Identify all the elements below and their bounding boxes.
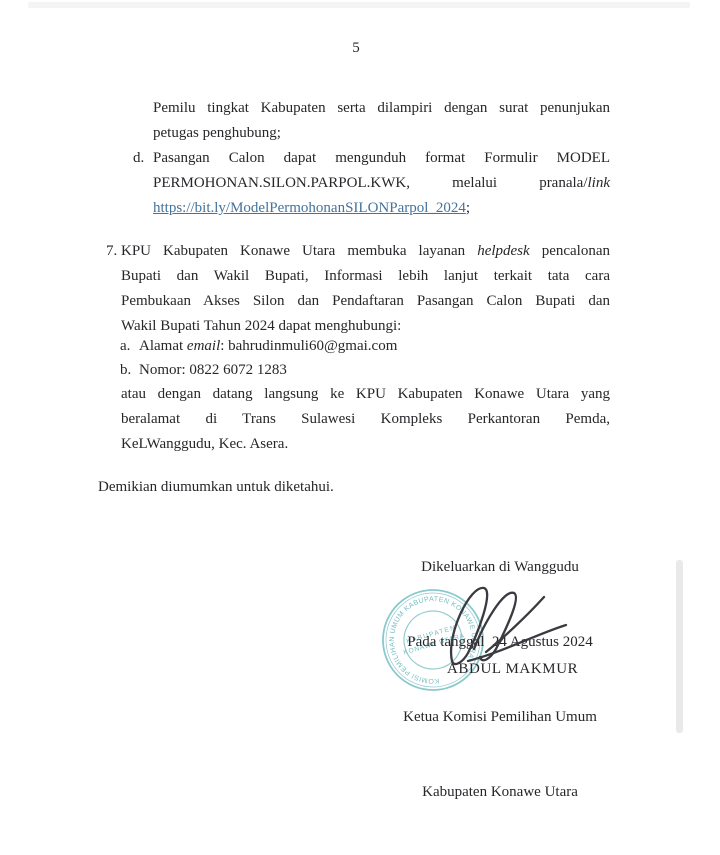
text-segment: Demikian diumumkan untuk diketahui. xyxy=(98,479,334,495)
text-segment: atau dengan datang langsung ke KPU Kabup… xyxy=(121,386,610,402)
text-line: Demikian diumumkan untuk diketahui. xyxy=(98,475,610,500)
text-segment: Nomor: 0822 6072 1283 xyxy=(139,362,287,378)
list-marker-item-7a: a. xyxy=(120,334,130,359)
text-segment: Wakil Bupati Tahun 2024 dapat menghubung… xyxy=(121,318,401,334)
text-line: Pembukaan Akses Silon dan Pendaftaran Pa… xyxy=(121,289,610,314)
page-number: 5 xyxy=(334,40,378,57)
italic-text: email xyxy=(187,338,220,354)
text-line: petugas penghubung; xyxy=(153,121,610,146)
text-line: beralamat di Trans Sulawesi Kompleks Per… xyxy=(121,407,610,432)
text-line: Nomor: 0822 6072 1283 xyxy=(139,358,610,383)
document-page: 5 Pemilu tingkat Kabupaten serta dilampi… xyxy=(0,0,720,756)
text-line: atau dengan datang langsung ke KPU Kabup… xyxy=(121,382,610,407)
document-hyperlink[interactable]: https://bit.ly/ModelPermohonanSILONParpo… xyxy=(153,200,466,216)
list-marker-item-7: 7. xyxy=(106,239,117,264)
text-line: Pemilu tingkat Kabupaten serta dilampiri… xyxy=(153,96,610,121)
text-segment: KPU Kabupaten Konawe Utara membuka layan… xyxy=(121,243,477,259)
list-marker-item-d: d. xyxy=(133,146,144,171)
text-segment: Pasangan Calon dapat mengunduh format Fo… xyxy=(153,150,610,166)
list-marker-item-7b: b. xyxy=(120,358,131,383)
text-segment: Alamat xyxy=(139,338,187,354)
text-line: Bupati dan Wakil Bupati, Informasi lebih… xyxy=(121,264,610,289)
handwritten-signature-icon xyxy=(428,573,588,673)
text-segment: : bahrudinmuli60@gmai.com xyxy=(220,338,397,354)
text-segment: petugas penghubung; xyxy=(153,125,281,141)
paragraph-item-7a: Alamat email: bahrudinmuli60@gmai.com xyxy=(139,334,610,359)
text-segment: Pembukaan Akses Silon dan Pendaftaran Pa… xyxy=(121,293,610,309)
italic-text: helpdesk xyxy=(477,243,529,259)
text-line: https://bit.ly/ModelPermohonanSILONParpo… xyxy=(153,196,610,221)
text-line: Pasangan Calon dapat mengunduh format Fo… xyxy=(153,146,610,171)
text-segment: beralamat di Trans Sulawesi Kompleks Per… xyxy=(121,411,610,427)
signer-title-line: Ketua Komisi Pemilihan Umum xyxy=(390,705,610,730)
text-segment: pencalonan xyxy=(530,243,610,259)
text-line: Alamat email: bahrudinmuli60@gmai.com xyxy=(139,334,610,359)
text-line: KPU Kabupaten Konawe Utara membuka layan… xyxy=(121,239,610,264)
text-segment: KeLWanggudu, Kec. Asera. xyxy=(121,436,288,452)
text-segment: Bupati dan Wakil Bupati, Informasi lebih… xyxy=(121,268,610,284)
text-segment: Pemilu tingkat Kabupaten serta dilampiri… xyxy=(153,100,610,116)
paragraph-item-d: Pasangan Calon dapat mengunduh format Fo… xyxy=(153,146,610,221)
paragraph-item-7b: Nomor: 0822 6072 1283 xyxy=(139,358,610,383)
italic-text: link xyxy=(588,175,611,191)
top-divider-bar xyxy=(28,2,690,8)
paragraph-item-7: KPU Kabupaten Konawe Utara membuka layan… xyxy=(121,239,610,339)
text-line: KeLWanggudu, Kec. Asera. xyxy=(121,432,610,457)
scrollbar-thumb[interactable] xyxy=(676,560,683,733)
paragraph-closing: Demikian diumumkan untuk diketahui. xyxy=(98,475,610,500)
paragraph-item-c-cont: Pemilu tingkat Kabupaten serta dilampiri… xyxy=(153,96,610,146)
paragraph-item-7-cont: atau dengan datang langsung ke KPU Kabup… xyxy=(121,382,610,457)
text-segment: PERMOHONAN.SILON.PARPOL.KWK, melalui pra… xyxy=(153,175,588,191)
text-line: PERMOHONAN.SILON.PARPOL.KWK, melalui pra… xyxy=(153,171,610,196)
text-segment: ; xyxy=(466,200,470,216)
